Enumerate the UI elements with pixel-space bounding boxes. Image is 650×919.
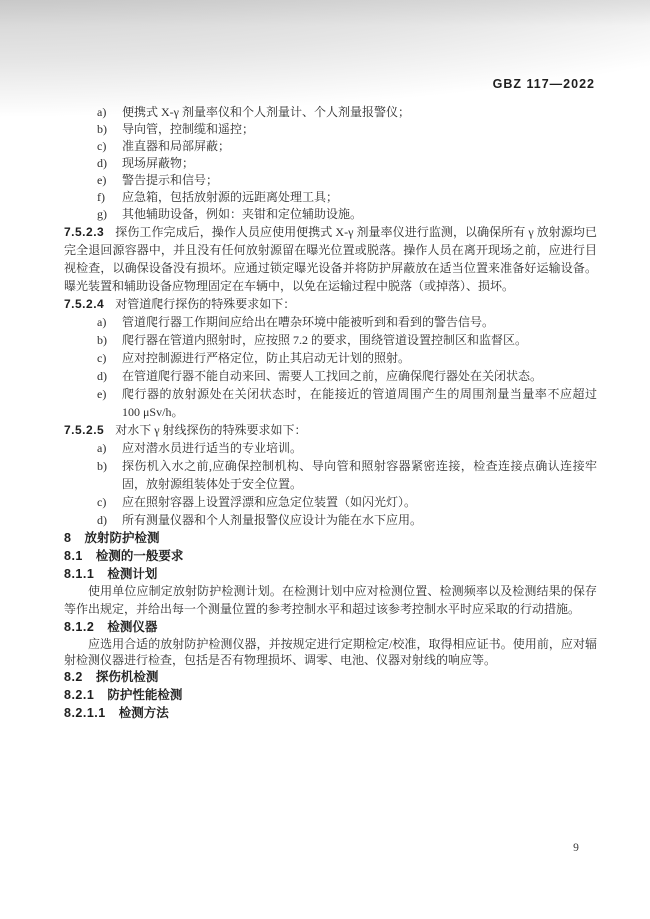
paragraph-8-1-2: 应选用合适的放射防护检测仪器，并按规定进行定期检定/校准，取得相应证书。使用前，…	[64, 636, 597, 668]
heading-8: 8放射防护检测	[64, 529, 597, 547]
list-item-label: b)	[97, 457, 107, 475]
clause-text: 对水下 γ 射线探伤的特殊要求如下：	[115, 423, 306, 437]
heading-text: 放射防护检测	[84, 531, 159, 545]
list-item-text: 应对控制源进行严格定位，防止其启动无计划的照射。	[122, 351, 410, 365]
list-item-label: a)	[97, 439, 106, 457]
list-item-text: 准直器和局部屏蔽；	[122, 139, 230, 153]
list-item-text: 警告提示和信号；	[122, 173, 218, 187]
heading-number: 8.2.1	[64, 688, 94, 702]
list-item: f)应急箱，包括放射源的远距离处理工具；	[64, 189, 597, 206]
heading-text: 检测的一般要求	[96, 549, 184, 563]
heading-text: 检测仪器	[107, 620, 157, 634]
list-item: e)警告提示和信号；	[64, 172, 597, 189]
clause-7-5-2-5: 7.5.2.5对水下 γ 射线探伤的特殊要求如下：	[64, 421, 597, 439]
list-item-label: b)	[97, 121, 107, 138]
clause-number: 7.5.2.4	[64, 297, 104, 311]
list-item-text: 应在照射容器上设置浮漂和应急定位装置（如闪光灯）。	[122, 495, 416, 509]
list-item-label: c)	[97, 493, 106, 511]
list-item-label: d)	[97, 155, 107, 172]
list-item: b)爬行器在管道内照射时，应按照 7.2 的要求，围绕管道设置控制区和监督区。	[64, 331, 597, 349]
list-item-label: d)	[97, 511, 107, 529]
list-item-label: e)	[97, 172, 106, 189]
pipe-crawler-list: a)管道爬行器工作期间应给出在嘈杂环境中能被听到和看到的警告信号。 b)爬行器在…	[64, 313, 597, 421]
heading-text: 检测计划	[107, 567, 157, 581]
heading-number: 8	[64, 531, 71, 545]
list-item-label: b)	[97, 331, 107, 349]
list-item-label: d)	[97, 367, 107, 385]
list-item: d)现场屏蔽物；	[64, 155, 597, 172]
clause-7-5-2-3: 7.5.2.3探伤工作完成后，操作人员应使用便携式 X-γ 剂量率仪进行监测，以…	[64, 223, 597, 295]
heading-number: 8.2	[64, 670, 83, 684]
page-number: 9	[569, 842, 583, 854]
heading-8-2-1-1: 8.2.1.1检测方法	[64, 704, 597, 722]
list-item-label: c)	[97, 138, 106, 155]
list-item-text: 爬行器在管道内照射时，应按照 7.2 的要求，围绕管道设置控制区和监督区。	[122, 333, 527, 347]
list-item: c)应在照射容器上设置浮漂和应急定位装置（如闪光灯）。	[64, 493, 597, 511]
clause-number: 7.5.2.3	[64, 225, 104, 239]
heading-text: 检测方法	[119, 706, 169, 720]
heading-8-1-2: 8.1.2检测仪器	[64, 618, 597, 636]
clause-7-5-2-4: 7.5.2.4对管道爬行探伤的特殊要求如下：	[64, 295, 597, 313]
underwater-list: a)应对潜水员进行适当的专业培训。 b)探伤机入水之前,应确保控制机构、导向管和…	[64, 439, 597, 529]
paragraph-8-1-1: 使用单位应制定放射防护检测计划。在检测计划中应对检测位置、检测频率以及检测结果的…	[64, 583, 597, 618]
list-item-text: 管道爬行器工作期间应给出在嘈杂环境中能被听到和看到的警告信号。	[122, 315, 494, 329]
list-item: a)管道爬行器工作期间应给出在嘈杂环境中能被听到和看到的警告信号。	[64, 313, 597, 331]
standard-number: GBZ 117—2022	[493, 77, 595, 91]
list-item-text: 便携式 X-γ 剂量率仪和个人剂量计、个人剂量报警仪；	[122, 105, 410, 119]
heading-number: 8.1.2	[64, 620, 94, 634]
heading-8-1-1: 8.1.1检测计划	[64, 565, 597, 583]
heading-8-2: 8.2探伤机检测	[64, 668, 597, 686]
heading-8-2-1: 8.2.1防护性能检测	[64, 686, 597, 704]
list-item-label: f)	[97, 189, 105, 206]
heading-number: 8.1.1	[64, 567, 94, 581]
list-item-label: a)	[97, 104, 106, 121]
list-item-text: 现场屏蔽物；	[122, 156, 194, 170]
list-item-text: 导向管，控制缆和遥控；	[122, 122, 254, 136]
heading-text: 探伤机检测	[96, 670, 159, 684]
clause-text: 探伤工作完成后，操作人员应使用便携式 X-γ 剂量率仪进行监测，以确保所有 γ …	[64, 225, 597, 293]
list-item: g)其他辅助设备，例如：夹钳和定位辅助设施。	[64, 206, 597, 223]
clause-text: 对管道爬行探伤的特殊要求如下：	[115, 297, 295, 311]
list-item-label: c)	[97, 349, 106, 367]
list-item-label: e)	[97, 385, 106, 403]
document-page: GBZ 117—2022 a)便携式 X-γ 剂量率仪和个人剂量计、个人剂量报警…	[0, 0, 650, 919]
list-item-label: g)	[97, 206, 107, 223]
equipment-list: a)便携式 X-γ 剂量率仪和个人剂量计、个人剂量报警仪； b)导向管，控制缆和…	[64, 104, 597, 223]
list-item-text: 探伤机入水之前,应确保控制机构、导向管和照射容器紧密连接，检查连接点确认连接牢固…	[122, 459, 597, 491]
page-content: a)便携式 X-γ 剂量率仪和个人剂量计、个人剂量报警仪； b)导向管，控制缆和…	[64, 104, 597, 722]
list-item: c)应对控制源进行严格定位，防止其启动无计划的照射。	[64, 349, 597, 367]
list-item: e)爬行器的放射源处在关闭状态时，在能接近的管道周围产生的周围剂量当量率不应超过…	[64, 385, 597, 421]
list-item: a)便携式 X-γ 剂量率仪和个人剂量计、个人剂量报警仪；	[64, 104, 597, 121]
list-item-text: 其他辅助设备，例如：夹钳和定位辅助设施。	[122, 207, 362, 221]
list-item: b)探伤机入水之前,应确保控制机构、导向管和照射容器紧密连接，检查连接点确认连接…	[64, 457, 597, 493]
heading-text: 防护性能检测	[107, 688, 182, 702]
heading-number: 8.1	[64, 549, 83, 563]
list-item-text: 在管道爬行器不能自动来回、需要人工找回之前，应确保爬行器处在关闭状态。	[122, 369, 542, 383]
list-item-text: 应对潜水员进行适当的专业培训。	[122, 441, 302, 455]
list-item: d)所有测量仪器和个人剂量报警仪应设计为能在水下应用。	[64, 511, 597, 529]
list-item: d)在管道爬行器不能自动来回、需要人工找回之前，应确保爬行器处在关闭状态。	[64, 367, 597, 385]
list-item-text: 所有测量仪器和个人剂量报警仪应设计为能在水下应用。	[122, 513, 422, 527]
heading-number: 8.2.1.1	[64, 706, 106, 720]
list-item-text: 应急箱，包括放射源的远距离处理工具；	[122, 190, 338, 204]
list-item-text: 爬行器的放射源处在关闭状态时，在能接近的管道周围产生的周围剂量当量率不应超过 1…	[122, 387, 597, 419]
list-item-label: a)	[97, 313, 106, 331]
list-item: b)导向管，控制缆和遥控；	[64, 121, 597, 138]
list-item: c)准直器和局部屏蔽；	[64, 138, 597, 155]
clause-number: 7.5.2.5	[64, 423, 104, 437]
heading-8-1: 8.1检测的一般要求	[64, 547, 597, 565]
list-item: a)应对潜水员进行适当的专业培训。	[64, 439, 597, 457]
